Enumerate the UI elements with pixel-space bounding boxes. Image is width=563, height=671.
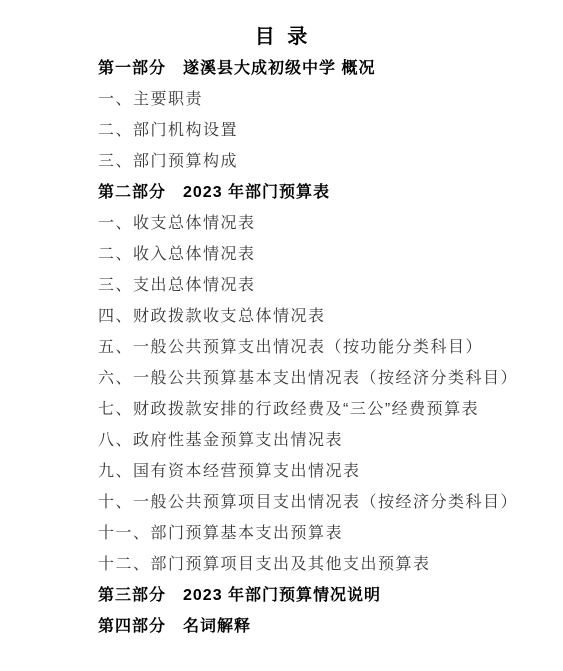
toc-entry: 十一、部门预算基本支出预算表	[98, 516, 543, 547]
toc-entry: 八、政府性基金预算支出情况表	[98, 423, 543, 454]
table-of-contents: 第一部分 遂溪县大成初级中学 概况 一、主要职责 二、部门机构设置 三、部门预算…	[98, 51, 543, 640]
toc-entry: 五、一般公共预算支出情况表（按功能分类科目）	[98, 330, 543, 361]
toc-section-heading: 第四部分 名词解释	[98, 609, 543, 640]
page-title: 目 录	[0, 0, 563, 51]
toc-entry: 十、一般公共预算项目支出情况表（按经济分类科目）	[98, 485, 543, 516]
toc-entry: 七、财政拨款安排的行政经费及“三公”经费预算表	[98, 392, 543, 423]
document-page: 目 录 第一部分 遂溪县大成初级中学 概况 一、主要职责 二、部门机构设置 三、…	[0, 0, 563, 671]
toc-entry: 三、支出总体情况表	[98, 268, 543, 299]
toc-entry: 九、国有资本经营预算支出情况表	[98, 454, 543, 485]
toc-entry: 四、财政拨款收支总体情况表	[98, 299, 543, 330]
toc-entry: 一、主要职责	[98, 82, 543, 113]
toc-entry: 一、收支总体情况表	[98, 206, 543, 237]
toc-entry: 六、一般公共预算基本支出情况表（按经济分类科目）	[98, 361, 543, 392]
toc-entry: 三、部门预算构成	[98, 144, 543, 175]
toc-entry: 十二、部门预算项目支出及其他支出预算表	[98, 547, 543, 578]
toc-section-heading: 第三部分 2023 年部门预算情况说明	[98, 578, 543, 609]
toc-entry: 二、部门机构设置	[98, 113, 543, 144]
toc-section-heading: 第一部分 遂溪县大成初级中学 概况	[98, 51, 543, 82]
toc-section-heading: 第二部分 2023 年部门预算表	[98, 175, 543, 206]
toc-entry: 二、收入总体情况表	[98, 237, 543, 268]
